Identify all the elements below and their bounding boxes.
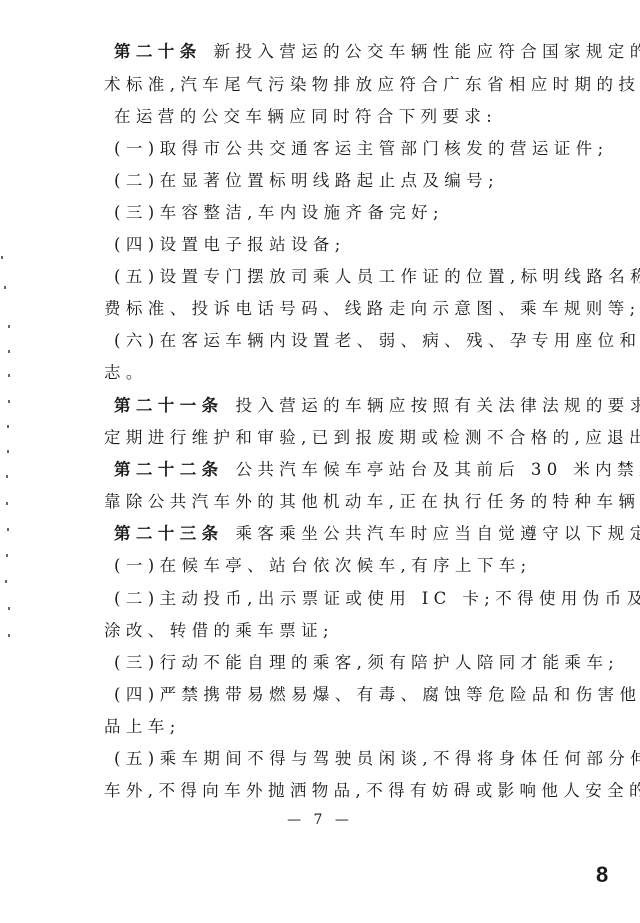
text-line: 车外,不得向车外抛洒物品,不得有妨碍或影响他人安全的行为; bbox=[104, 779, 640, 803]
text-line: 志。 bbox=[104, 361, 148, 385]
list-item: (四)设置电子报站设备; bbox=[114, 233, 346, 257]
article-23-line-1: 第二十三条乘客乘坐公共汽车时应当自觉遵守以下规定: bbox=[114, 522, 640, 546]
binding-mark bbox=[7, 528, 9, 531]
list-item: (五)乘车期间不得与驾驶员闲谈,不得将身体任何部分伸出 bbox=[114, 747, 640, 771]
list-item: (二)在显著位置标明线路起止点及编号; bbox=[114, 169, 499, 193]
list-item: (一)取得市公共交通客运主管部门核发的营运证件; bbox=[114, 137, 609, 161]
list-item: (二)主动投币,出示票证或使用 IC 卡;不得使用伪币及伪造、 bbox=[114, 587, 640, 611]
binding-mark bbox=[5, 580, 7, 583]
text-line: 涂改、转借的乘车票证; bbox=[104, 619, 334, 643]
article-number: 第二十条 bbox=[114, 42, 202, 61]
page-number-footer: — 7 — bbox=[0, 812, 640, 828]
article-21-line-1: 第二十一条投入营运的车辆应按照有关法律法规的要求, bbox=[114, 394, 640, 418]
binding-mark bbox=[6, 475, 8, 478]
text-line: 术标准,汽车尾气污染物排放应符合广东省相应时期的技术要求。 bbox=[104, 73, 640, 97]
binding-mark bbox=[8, 325, 10, 328]
binding-mark bbox=[8, 634, 10, 637]
binding-mark bbox=[1, 256, 3, 259]
binding-mark bbox=[8, 400, 10, 403]
list-item: (四)严禁携带易燃易爆、有毒、腐蚀等危险品和伤害他人的物 bbox=[114, 683, 640, 707]
list-item: (三)车容整洁,车内设施齐备完好; bbox=[114, 201, 444, 225]
binding-mark bbox=[6, 554, 8, 557]
binding-mark bbox=[8, 374, 10, 377]
list-item: (一)在候车亭、站台依次候车,有序上下车; bbox=[114, 554, 532, 578]
article-number: 第二十一条 bbox=[114, 396, 224, 415]
list-item: (五)设置专门摆放司乘人员工作证的位置,标明线路名称、收 bbox=[114, 265, 640, 289]
text-line: 定期进行维护和审验,已到报废期或检测不合格的,应退出运营。 bbox=[104, 426, 640, 450]
text-line: 品上车; bbox=[104, 715, 181, 739]
binding-mark bbox=[6, 502, 8, 505]
article-number: 第二十二条 bbox=[114, 460, 224, 479]
binding-mark bbox=[7, 425, 9, 428]
text-line: 在运营的公交车辆应同时符合下列要求: bbox=[114, 105, 497, 129]
article-number: 第二十三条 bbox=[114, 524, 224, 543]
list-item: (三)行动不能自理的乘客,须有陪护人陪同才能乘车; bbox=[114, 651, 619, 675]
article-20-line-1: 第二十条新投入营运的公交车辆性能应符合国家规定的技 bbox=[114, 40, 640, 64]
text-line: 费标准、投诉电话号码、线路走向示意图、乘车规则等; bbox=[104, 297, 640, 321]
document-page: 第二十条新投入营运的公交车辆性能应符合国家规定的技 术标准,汽车尾气污染物排放应… bbox=[0, 0, 640, 923]
corner-page-number: 8 bbox=[596, 862, 608, 888]
binding-marks bbox=[0, 250, 14, 650]
binding-mark bbox=[8, 350, 10, 353]
article-22-line-1: 第二十二条公共汽车候车亭站台及其前后 30 米内禁止停 bbox=[114, 458, 640, 482]
binding-mark bbox=[8, 607, 10, 610]
list-item: (六)在客运车辆内设置老、弱、病、残、孕专用座位和禁烟标 bbox=[114, 329, 640, 353]
text-line: 靠除公共汽车外的其他机动车,正在执行任务的特种车辆除外。 bbox=[104, 490, 640, 514]
binding-mark bbox=[7, 450, 9, 453]
binding-mark bbox=[4, 286, 6, 289]
